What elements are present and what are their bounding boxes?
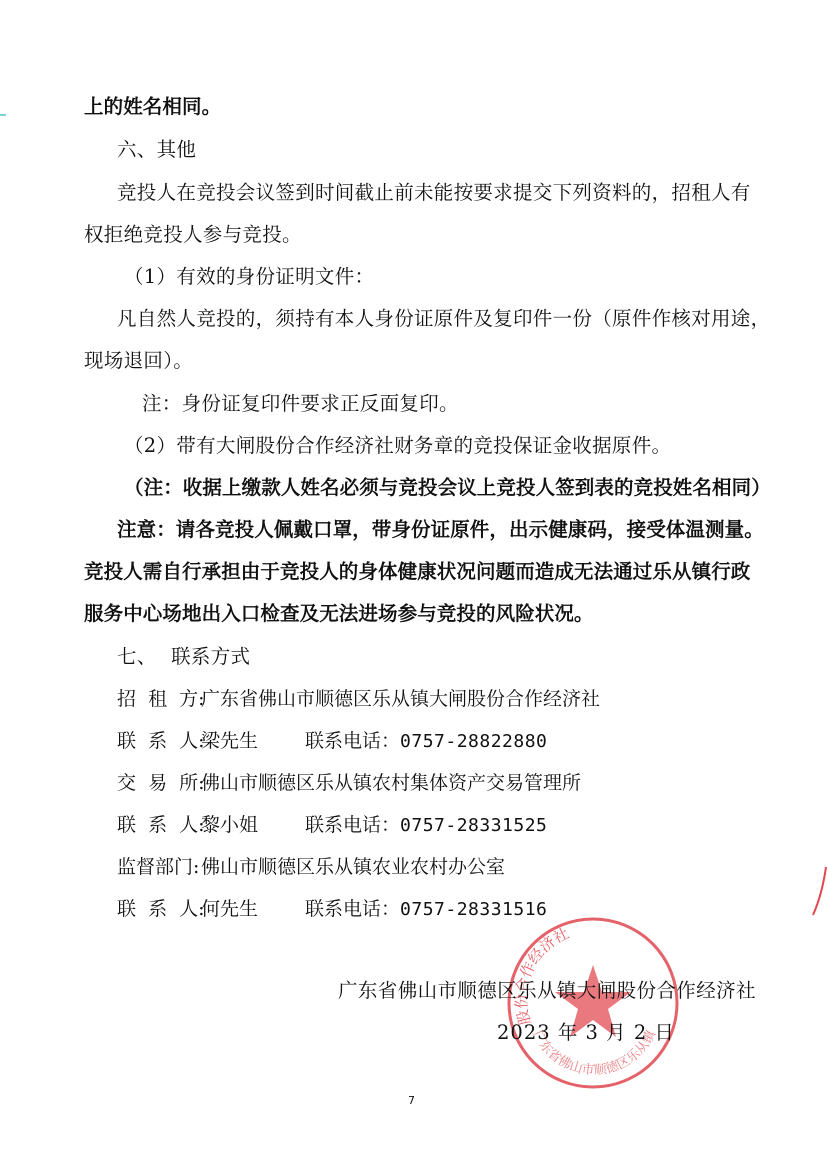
list-item-1: （1）有效的身份证明文件： [124, 265, 374, 289]
signature-organization: 广东省佛山市顺德区乐从镇大闸股份合作经济社 [338, 975, 756, 1003]
paragraph-line: 上的姓名相同。 [84, 95, 221, 119]
attention-line: 服务中心场地出入口检查及无法进场参与竞投的风险状况。 [84, 602, 594, 626]
contact-label: 监督部门: [117, 855, 201, 879]
scan-edge-mark [0, 114, 6, 116]
attention-line: 注意：请各竞投人佩戴口罩，带身份证原件，出示健康码，接受体温测量。 [117, 518, 764, 542]
seam-seal-fragment-icon [810, 865, 827, 920]
contact-row-person-1: 联 系 人:梁先生 联系电话：0757-28822880 [117, 729, 258, 753]
contact-label: 联 系 人: [117, 813, 201, 837]
contact-row-exchange: 交 易 所:佛山市顺德区乐从镇农村集体资产交易管理所 [117, 771, 581, 795]
contact-label: 交 易 所: [117, 771, 201, 795]
contact-label: 联 系 人: [117, 729, 201, 753]
contact-phone: 联系电话：0757-28331525 [305, 813, 547, 838]
contact-value: 何先生 [201, 898, 258, 920]
contact-label: 招 租 方: [117, 687, 201, 711]
phone-number: 0757-28822880 [400, 731, 547, 752]
paragraph-line: 竞投人在竞投会议签到时间截止前未能按要求提交下列资料的，招租人有 [117, 181, 751, 205]
contact-value: 梁先生 [201, 730, 258, 752]
phone-label: 联系电话： [305, 730, 400, 752]
signature-date: 2023 年 3 月 2 日 [497, 1017, 675, 1045]
phone-number: 0757-28331525 [400, 815, 547, 836]
section-heading-contacts: 七、 联系方式 [117, 645, 250, 669]
attention-line: 竞投人需自行承担由于竞投人的身体健康状况问题而造成无法通过乐从镇行政 [84, 560, 750, 584]
document-page: 上的姓名相同。 六、其他 竞投人在竞投会议签到时间截止前未能按要求提交下列资料的… [0, 0, 827, 1169]
contact-row-supervisor: 监督部门:佛山市顺德区乐从镇农业农村办公室 [117, 855, 505, 879]
contact-label: 联 系 人: [117, 897, 201, 921]
contact-row-lessor: 招 租 方:广东省佛山市顺德区乐从镇大闸股份合作经济社 [117, 687, 600, 711]
paragraph-line: 凡自然人竞投的，须持有本人身份证原件及复印件一份（原件作核对用途， [117, 307, 770, 331]
official-seal-icon: 股份合作经济社 广东省佛山市顺德区乐从镇大闸 [503, 913, 683, 1093]
list-item-2: （2）带有大闸股份合作经济社财务章的竞投保证金收据原件。 [124, 434, 671, 458]
phone-label: 联系电话： [305, 898, 400, 920]
phone-label: 联系电话： [305, 814, 400, 836]
contact-value: 广东省佛山市顺德区乐从镇大闸股份合作经济社 [201, 688, 600, 710]
contact-phone: 联系电话：0757-28822880 [305, 729, 547, 754]
note-line: 注：身份证复印件要求正反面复印。 [142, 392, 459, 416]
page-number: 7 [408, 1094, 415, 1107]
contact-row-person-2: 联 系 人:黎小姐 联系电话：0757-28331525 [117, 813, 258, 837]
note-line-bold: （注：收据上缴款人姓名必须与竞投会议上竞投人签到表的竞投姓名相同） [124, 476, 771, 500]
contact-row-person-3: 联 系 人:何先生 联系电话：0757-28331516 [117, 897, 258, 921]
contact-value: 黎小姐 [201, 814, 258, 836]
contact-value: 佛山市顺德区乐从镇农业农村办公室 [201, 856, 505, 878]
contact-value: 佛山市顺德区乐从镇农村集体资产交易管理所 [201, 772, 581, 794]
paragraph-line: 权拒绝竞投人参与竞投。 [84, 223, 302, 247]
section-heading-other: 六、其他 [117, 138, 196, 162]
paragraph-line: 现场退回）。 [84, 349, 193, 373]
